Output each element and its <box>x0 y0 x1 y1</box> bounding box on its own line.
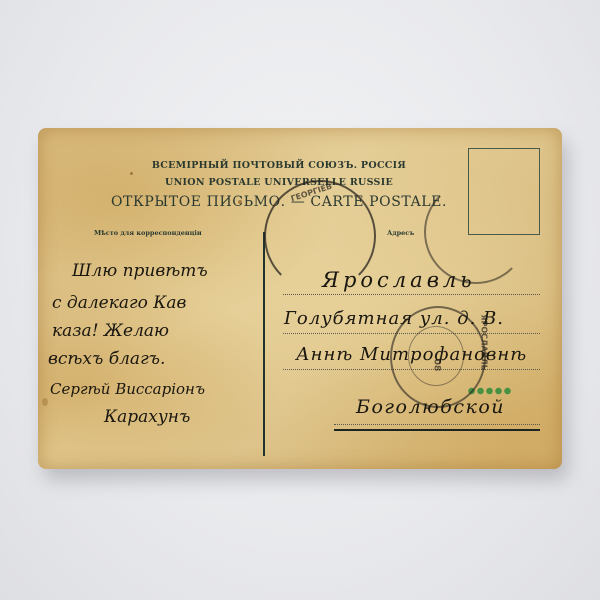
signature-line: Сергѣй Виссаріонъ <box>50 376 205 402</box>
stain-spot <box>42 398 48 406</box>
stain-spot <box>130 172 133 175</box>
divider-line <box>263 232 265 456</box>
address-underline <box>334 429 540 431</box>
address-recipient-surname: Боголюбской <box>356 396 505 418</box>
address-line <box>283 294 540 295</box>
message-line: с далекаго Кав <box>52 290 186 316</box>
postcard: ВСЕМІРНЫЙ ПОЧТОВЫЙ СОЮЗЪ. РОССІЯ UNION P… <box>38 128 562 469</box>
address-recipient-name: Аннѣ Митрофановнѣ <box>296 344 527 365</box>
address-city: Ярославль <box>322 268 476 292</box>
header-union-fr: UNION POSTALE UNIVERSELLE RUSSIE <box>38 177 520 188</box>
header-union-ru: ВСЕМІРНЫЙ ПОЧТОВЫЙ СОЮЗЪ. РОССІЯ <box>38 160 520 171</box>
postmark-departure-text: ГЕОРГІЕВ <box>290 182 334 204</box>
signature-line: Карахунъ <box>104 404 190 430</box>
address-label: Адресъ <box>387 229 414 237</box>
address-street: Голубятная ул. д. В. <box>284 308 504 329</box>
message-line: Шлю привѣтъ <box>72 258 208 284</box>
message-line: всѣхъ благъ. <box>48 346 165 372</box>
correspondence-label: Мѣсто для корреспонденціи <box>94 229 202 237</box>
message-line: каза! Желаю <box>52 318 169 344</box>
address-line <box>334 424 540 425</box>
